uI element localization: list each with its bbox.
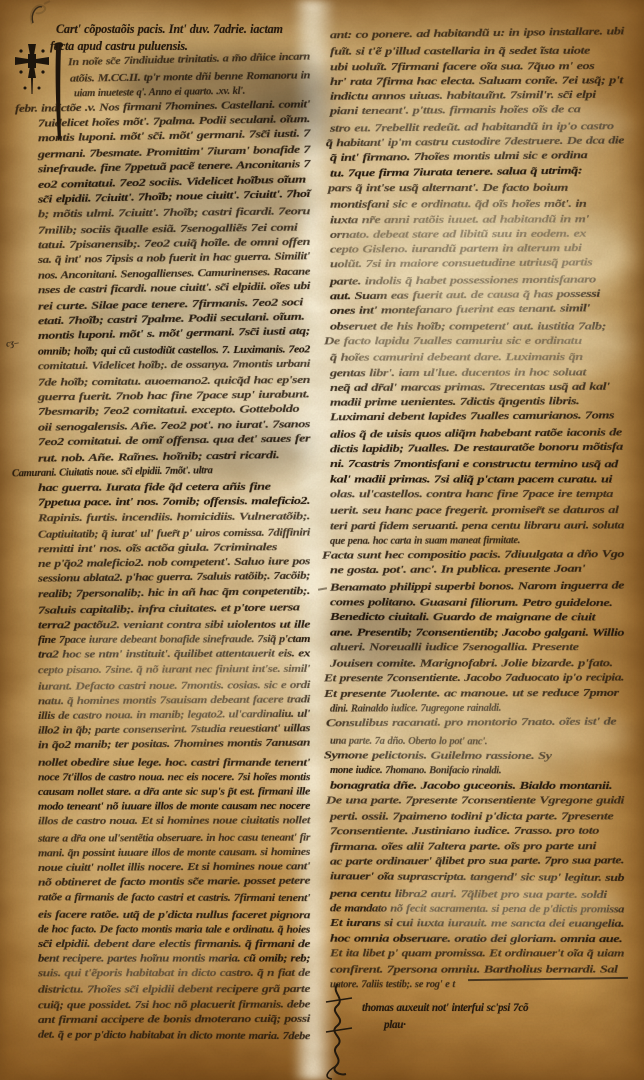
manuscript-line: bent recipere. partes hoĩnu montis maria… bbox=[38, 949, 310, 964]
manuscript-line-text: ac parte ordinauer' q̃libet pro sua part… bbox=[330, 853, 624, 869]
manuscript-line-text: iuxta nr̃e anni ratõis iuuet. ad habitan… bbox=[330, 212, 589, 228]
manuscript-line: una parte. 7a dño. Oberto lo pot' anc'. bbox=[330, 730, 624, 745]
charter-heading: Cart' cõpostaõis pacis. Int' duv. 7adrie… bbox=[38, 20, 310, 53]
manuscript-line: cepto pisano. 7sine. q̃ nõ iurant nec fi… bbox=[38, 661, 310, 676]
manuscript-line-text: Symone pelictonis. Guilelmo rassione. Sy bbox=[324, 748, 552, 764]
manuscript-line: Et ita libet p' quam promissa. Et ordina… bbox=[330, 944, 624, 959]
manuscript-line-text: pars q̃ int'se usq̃ alternant'. De facto… bbox=[328, 181, 568, 197]
manuscript-line: dini. Rainaldo iudice. 7ugregone rainald… bbox=[330, 699, 624, 714]
manuscript-line: illis de castro noua. in manib; legato2.… bbox=[38, 706, 310, 721]
manuscript-line: suis. qui t'ẽporis habitabat in dicto ca… bbox=[38, 964, 310, 979]
manuscript-line: 7de hoĩb; comitatu. auoemano2. quicq̃d h… bbox=[38, 372, 310, 387]
manuscript-line-text: Consulibus racanati. pro montorio 7nato.… bbox=[326, 715, 616, 732]
manuscript-line-text: de hoc facto. De facto montis maria tale… bbox=[38, 922, 310, 937]
manuscript-line: nos. Anconitani. Senogallienses. Camurin… bbox=[38, 266, 310, 281]
manuscript-line: in q̃o2 manib; ter positas. 7homines mon… bbox=[38, 736, 310, 751]
manuscript-line: mone iudice. 7homano. Bonifacio rinaldi. bbox=[330, 760, 624, 775]
manuscript-line-text: De facto lapidu 7ualles camuriu sic e or… bbox=[324, 334, 582, 349]
heading-text: Cart' cõpostaõis pacis. Int' duv. 7adrie… bbox=[56, 22, 283, 37]
manuscript-line: rut. nob. Añe. Raĩnes. hoĩnib; castri ri… bbox=[38, 448, 310, 463]
manuscript-line: Jouisen comite. Marignofabri. Jolie biza… bbox=[330, 653, 624, 668]
manuscript-line-text: una parte. 7a dño. Oberto lo pot' anc'. bbox=[330, 733, 487, 749]
manuscript-line-text: nõ obtineret de facto montis sc̃e marie.… bbox=[38, 874, 310, 891]
manuscript-line: q̃ int' firmano. 7hoĩes montis ulmi sic … bbox=[330, 148, 624, 163]
manuscript-line: Luximani debent lapides 7ualles camurian… bbox=[330, 408, 624, 423]
manuscript-line: sessionu ablata2. p'hac guerra. 7saluis … bbox=[38, 569, 310, 584]
manuscript-line-text: montisfani sic e ordinatu. q̃d oĩs hoĩes… bbox=[330, 197, 586, 213]
manuscript-line: tatui. 7pisanensib;. 7eo2 cuiq̃ hoĩle. d… bbox=[38, 235, 310, 250]
manuscript-line: febr. indictõe .v. Nos firmani 7homines.… bbox=[15, 99, 310, 114]
manuscript-line: 7ppetua pace. int' nos. 7omib; offensis.… bbox=[38, 493, 310, 508]
manuscript-line-text: Jouisen comite. Marignofabri. Jolie biza… bbox=[330, 656, 613, 671]
manuscript-line-text: alueri. Noreualli iudice 7senogallia. Pr… bbox=[330, 640, 578, 655]
manuscript-line: 7eo2 comitatui. de omĩ offensa. qua det'… bbox=[38, 433, 310, 448]
manuscript-line: pars q̃ int'se usq̃ alternant'. De facto… bbox=[328, 179, 624, 194]
manuscript-line-text: realib; 7personalib;. hic in añ hac q̃m … bbox=[38, 584, 310, 602]
manuscript-line: bonagratia dñe. Jacobo guceonis. Bialdo … bbox=[330, 776, 624, 791]
manuscript-line: montis luponi. mõt' s. mõt' germani. 7sc… bbox=[38, 326, 310, 341]
manuscript-line-text: teri parti fidem seruanti. pena centu li… bbox=[330, 518, 624, 534]
manuscript-line: causam nollet stare. a dr̃a ante sic sup… bbox=[38, 782, 310, 797]
manuscript-line: Benedicto ciuitali. Guardo de maignane d… bbox=[330, 607, 624, 622]
manuscript-line: noue ciuitt' nollet illis nocere. Et si … bbox=[38, 858, 310, 873]
manuscript-line-text: hoc omnia obseruare. oratio dei gloriam.… bbox=[330, 931, 622, 946]
subscription-text: plau· bbox=[384, 1018, 406, 1033]
manuscript-line-text: 7saluis capitalib;. infra ciuitates. et … bbox=[38, 600, 300, 618]
manuscript-line: Facta sunt hec compositio pacis. 7diuulg… bbox=[322, 546, 624, 561]
manuscript-line: sa. q̃ int' nos 7ipsis a nob fuerit in h… bbox=[38, 250, 310, 265]
right-column: ant: co ponere. ad habitandũ u: in ipso … bbox=[330, 26, 624, 990]
manuscript-line-text: terra2 pactõu2. veniant contra sibi uiol… bbox=[38, 618, 310, 634]
manuscript-line-text: suis. qui t'ẽporis habitabat in dicto ca… bbox=[38, 966, 310, 981]
manuscript-line-text: ant firmani accipere de bonis dmoterano … bbox=[38, 1012, 310, 1028]
manuscript-line-text: piani teneant'. p'ttus. firmanis hoĩes o… bbox=[330, 103, 581, 120]
manuscript-line-text: stare a dr̃a one ul'sentẽtia obseruare. … bbox=[38, 830, 310, 846]
manuscript-line-text: b; mõtis ulmi. 7ciuitt'. 7hoĩb; castri f… bbox=[38, 204, 310, 222]
manuscript-line: tra2 hoc se ntm' instituit'. q̃uilibet a… bbox=[38, 645, 310, 660]
manuscript-line-text: Luximani debent lapides 7ualles camurian… bbox=[330, 409, 614, 426]
manuscript-line-text: que pena. hoc carta in suam maneat firmi… bbox=[330, 533, 520, 549]
manuscript-line: illo2 in q̃b; parte consenserint. 7studi… bbox=[38, 721, 310, 736]
notary-subscription: thomas auxeuit not' interfui sc'psi 7cõ … bbox=[362, 998, 620, 1032]
manuscript-line: Camurani. Ciuitatis noue. sc̃i elpidii. … bbox=[12, 463, 310, 478]
manuscript-line: De una parte. 7presente 7consentiente Vg… bbox=[326, 791, 624, 806]
manuscript-line: natu. q̃ homines montis 7sauisam debeant… bbox=[38, 691, 310, 706]
manuscript-line: atõis. M.CC.II. tp'r monte dñi benne Rom… bbox=[70, 68, 310, 83]
manuscript-line: iurauer' oĩa suprascripta. tangend' sic … bbox=[330, 867, 624, 882]
manuscript-line-text: comitatui. Videlicet hoĩb;. de ossanya. … bbox=[38, 357, 310, 375]
manuscript-line: ane. Presentib; 7consentientib; Jacobo g… bbox=[330, 623, 624, 638]
manuscript-line-text: q̃ hoĩes camurini debeant dare. Luximani… bbox=[330, 350, 583, 366]
manuscript-line-text: uolũt. 7si in maiore consuetudine utrius… bbox=[330, 256, 592, 273]
manuscript-line: sinefraude. fine 7ppetuã pacẽ tenere. An… bbox=[38, 159, 310, 174]
manuscript-line-text: modo teneant' nõ iuuare illos de monte c… bbox=[38, 799, 310, 815]
subscription-line: thomas auxeuit not' interfui sc'psi 7cõ bbox=[362, 998, 620, 1015]
notarial-sign-icon bbox=[322, 982, 356, 1080]
manuscript-line: Captiuitatib; q̃ iurat' ul' fuer̃t p' ui… bbox=[38, 524, 310, 539]
manuscript-line: ones int' montefanaro fuerint eas tenant… bbox=[330, 301, 624, 316]
manuscript-line: districtu. 7hoĩes sc̃i elpidii debent re… bbox=[38, 979, 310, 994]
manuscript-line-text: Rapinis. furtis. incendiis. homicidiis. … bbox=[38, 509, 310, 526]
manuscript-line: dictis lapidib; 7ualles. De restauratõe … bbox=[330, 439, 624, 454]
manuscript-line-text: pena centu libra2 auri. 7q̃libet pro sua… bbox=[330, 886, 607, 902]
subscription-text: thomas auxeuit not' interfui sc'psi 7cõ bbox=[362, 1001, 528, 1016]
manuscript-line: hr' rata 7firma hac electa. Saluam conĩe… bbox=[330, 72, 624, 87]
manuscript-line: nõ obtineret de facto montis sc̃e marie.… bbox=[38, 873, 310, 888]
manuscript-line-text: Et iurans si cui iuxta iurauit. me sanct… bbox=[330, 916, 624, 932]
left-column: Cart' cõpostaõis pacis. Int' duv. 7adrie… bbox=[38, 20, 310, 1040]
manuscript-line: hac guerra. Iurata fide q̃d cetera añis … bbox=[38, 478, 310, 493]
manuscript-line: guerra fuerit. 7nob hac fine 7pace sup' … bbox=[38, 387, 310, 402]
manuscript-line: ornato. debeat stare ad libitũ suu in eo… bbox=[330, 225, 624, 240]
manuscript-line-text: 7consentiente. Justiniano iudice. 7rasso… bbox=[330, 824, 599, 840]
manuscript-line: neq̃ ad dr̃al' marcas primas. 7trecentas… bbox=[330, 378, 624, 393]
margin-mark: cʒ– bbox=[5, 337, 19, 349]
manuscript-line-text: ratõe a firmanis de facto castri et cast… bbox=[38, 891, 310, 907]
manuscript-line-text: Benedicto ciuitali. Guardo de maignane d… bbox=[330, 610, 595, 625]
manuscript-page: cʒ– Cart' cõpostaõis pacis. Int' duv. 7a… bbox=[0, 0, 644, 1080]
manuscript-line-text: kal' madii primas. 7si aliq̃ p'ctam pace… bbox=[330, 472, 612, 487]
manuscript-line: sc̃i elpidii. debent dare electis firman… bbox=[38, 934, 310, 949]
manuscript-line-text: bent recipere. partes hoĩnu montis maria… bbox=[38, 952, 310, 967]
subscription-line: plau· bbox=[384, 1015, 620, 1032]
manuscript-line: uolũt. 7si in maiore consuetudine utrius… bbox=[330, 255, 624, 270]
manuscript-line-text: districtu. 7hoĩes sc̃i elpidii debent re… bbox=[38, 982, 310, 998]
manuscript-line: montis luponi. mõt' sc̃i. mõt' germani. … bbox=[38, 129, 310, 144]
manuscript-line-text: tu. 7que firma 7iurata tenere. salua q̃ … bbox=[330, 163, 582, 181]
manuscript-line: 7milib; sociis q̃ualle esiã. 7senogalliẽ… bbox=[38, 220, 310, 235]
heading-text: facta apud castru puluensis. bbox=[50, 39, 188, 54]
manuscript-line: uerit. seu hanc pace fregerit. promiser̃… bbox=[330, 500, 624, 515]
manuscript-line-text: cuiq̃; que possidet. 7si hoc nõ placueri… bbox=[38, 997, 310, 1013]
manuscript-line: kal' madii primas. 7si aliq̃ p'ctam pace… bbox=[330, 470, 624, 485]
left-column-text: In noĩe sc̃e 7indiuidue trinitatis. a m̃… bbox=[38, 53, 310, 1040]
manuscript-line-text: uatore. 7aliis testib;. se rog' e t bbox=[330, 978, 455, 993]
manuscript-line: Et presente 7uolente. ac manoue. ut se r… bbox=[324, 684, 624, 699]
manuscript-line-text: dini. Rainaldo iudice. 7ugregone rainald… bbox=[330, 701, 501, 717]
manuscript-line: omnib; hoĩb; qui cũ custodiũt castellos.… bbox=[38, 342, 310, 357]
manuscript-line: perti. ossii. 7paimeno todini p'dicta pa… bbox=[330, 806, 624, 821]
manuscript-line-text: ones int' montefanaro fuerint eas tenant… bbox=[330, 302, 590, 320]
manuscript-line: Consulibus racanati. pro montorio 7nato.… bbox=[326, 714, 624, 729]
manuscript-line: olas. ul'castellos. contra hanc fine 7pa… bbox=[330, 485, 624, 500]
manuscript-line: piani teneant'. p'ttus. firmanis hoĩes o… bbox=[330, 102, 624, 117]
manuscript-line: ne gosta. pot'. anc'. In publica. presen… bbox=[330, 561, 624, 576]
manuscript-line-text: sc̃i elpidii. debent dare electis firman… bbox=[38, 937, 310, 952]
manuscript-line-text: Et presente 7uolente. ac manoue. ut se r… bbox=[324, 686, 619, 702]
manuscript-line-text: perti. ossii. 7paimeno todini p'dicta pa… bbox=[330, 810, 613, 825]
manuscript-line: firmana. oĩes alii 7altera parte. oĩs pr… bbox=[330, 837, 624, 852]
margin-dash bbox=[318, 587, 327, 591]
manuscript-line-text: ubi uoluĩt. 7firmani facere oĩa sua. 7q̃… bbox=[330, 59, 594, 75]
manuscript-line-text: cepto pisano. 7sine. q̃ nõ iurant nec fi… bbox=[38, 661, 310, 677]
manuscript-line: modo teneant' nõ iuuare illos de monte c… bbox=[38, 797, 310, 812]
manuscript-line: fuĩt. si t'ẽ p'illud castellaria in q̃ s… bbox=[330, 41, 624, 56]
manuscript-line-text: comes politano. Guasani filiorum. Petro … bbox=[330, 595, 612, 611]
manuscript-line: parte. indolis q̃ habet possessiones mon… bbox=[330, 271, 624, 286]
manuscript-line: remitti int' nos. oĩs actõa giula. 7crim… bbox=[38, 539, 310, 554]
manuscript-line: realib; 7personalib;. hic in añ hac q̃m … bbox=[38, 585, 310, 600]
manuscript-line: Et presente 7consentiente. Jacobo 7aduoc… bbox=[324, 668, 624, 683]
manuscript-line-text: firmana. oĩes alii 7altera parte. oĩs pr… bbox=[330, 839, 596, 855]
manuscript-line-text: Camurani. Ciuitatis noue. sc̃i elpidii. … bbox=[12, 463, 213, 481]
manuscript-line: comitatui. Videlicet hoĩb;. de ossanya. … bbox=[38, 357, 310, 372]
manuscript-line: ni. 7castris 7montisfani e constructu te… bbox=[330, 454, 624, 469]
manuscript-line: q̃ habitant' ip'm castru custodire 7dest… bbox=[326, 133, 624, 148]
manuscript-line: ant firmani accipere de bonis dmoterano … bbox=[38, 1010, 310, 1025]
manuscript-line: ant: co ponere. ad habitandũ u: in ipso … bbox=[330, 26, 624, 41]
manuscript-line: sc̃i elpidii. 7ciuitt'. 7hoĩb; noue ciui… bbox=[38, 190, 310, 205]
manuscript-line-text: dictis lapidib; 7ualles. De restauratõe … bbox=[330, 440, 623, 458]
manuscript-line-text: ane. Presentib; 7consentientib; Jacobo g… bbox=[330, 625, 624, 640]
manuscript-line: rei curte. Silae pace tenere. 7firmanis.… bbox=[38, 296, 310, 311]
manuscript-line: oii senogalensis. Añe. 7eo2 pot'. no iur… bbox=[38, 418, 310, 433]
manuscript-line: ne p'q̃o2 maleficio2. nob competent'. Sa… bbox=[38, 554, 310, 569]
manuscript-line: stare a dr̃a one ul'sentẽtia obseruare. … bbox=[38, 828, 310, 843]
manuscript-line-text: bonagratia dñe. Jacobo guceonis. Bialdo … bbox=[330, 778, 612, 793]
manuscript-line-text: gentas libr'. iam ul'lue. ducentos in ho… bbox=[330, 365, 586, 381]
heading-line: Cart' cõpostaõis pacis. Int' duv. 7adrie… bbox=[56, 20, 310, 37]
manuscript-line: uiam inueteste q'. Anno ei quarto. .xv. … bbox=[74, 83, 310, 98]
manuscript-line: De facto lapidu 7ualles camuriu sic e or… bbox=[324, 332, 624, 347]
manuscript-line: montisfani sic e ordinatu. q̃d oĩs hoĩes… bbox=[330, 194, 624, 209]
manuscript-line: illos de castro noua. Et si homines noue… bbox=[38, 812, 310, 827]
manuscript-line-text: iurauer' oĩa suprascripta. tangend' sic … bbox=[330, 870, 624, 887]
manuscript-line-text: tra2 hoc se ntm' instituit'. q̃uilibet a… bbox=[38, 647, 310, 663]
manuscript-line-text: olas. ul'castellos. contra hanc fine 7pa… bbox=[330, 487, 613, 502]
manuscript-line-text: ne gosta. pot'. anc'. In publica. presen… bbox=[330, 562, 585, 579]
manuscript-line: aut. Suam eas fuerit aut. de causa q̃ ha… bbox=[330, 286, 624, 301]
manuscript-line: q̃ hoĩes camurini debeant dare. Luximani… bbox=[330, 347, 624, 362]
manuscript-line-text: De una parte. 7presente 7consentiente Vg… bbox=[326, 793, 624, 808]
manuscript-line-text: fuĩt. si t'ẽ p'illud castellaria in q̃ s… bbox=[330, 44, 590, 60]
manuscript-line: b; mõtis ulmi. 7ciuitt'. 7hoĩb; castri f… bbox=[38, 205, 310, 220]
manuscript-line-text: det. q̃ e por p'dicto habitabat in dicto… bbox=[38, 1028, 310, 1045]
manuscript-line: 7besmarib; 7eo2 comitatui. excepto. Gott… bbox=[38, 402, 310, 417]
manuscript-line: alios q̃ de uisis quos aliq̃m habebant r… bbox=[330, 424, 624, 439]
manuscript-line-text: noce 7t'illos de castro noua. nec eis no… bbox=[38, 770, 310, 785]
manuscript-line: madii prime uenientes. 7dictis q̃ngentis… bbox=[330, 393, 624, 408]
manuscript-line-text: causam nollet stare. a dr̃a ante sic sup… bbox=[38, 785, 310, 800]
manuscript-line: tu. 7que firma 7iurata tenere. salua q̃ … bbox=[330, 164, 624, 179]
manuscript-line-text: nollet obedire siue lege. hoc. castri fi… bbox=[38, 755, 310, 770]
manuscript-line-text: mone iudice. 7homano. Bonifacio rinaldi. bbox=[330, 763, 501, 778]
manuscript-line-text: confirent. 7persona omniu. Bartholius be… bbox=[330, 963, 618, 978]
manuscript-line: ratõe a firmanis de facto castri et cast… bbox=[38, 888, 310, 903]
manuscript-line: ac parte ordinauer' q̃libet pro sua part… bbox=[330, 852, 624, 867]
manuscript-line-text: obseruet de his hoĩb; competent' aut. iu… bbox=[330, 319, 606, 334]
manuscript-line-text: uerit. seu hanc pace fregerit. promiser̃… bbox=[330, 503, 618, 519]
manuscript-line: 7consentiente. Justiniano iudice. 7rasso… bbox=[330, 821, 624, 836]
manuscript-line: nollet obedire siue lege. hoc. castri fi… bbox=[38, 752, 310, 767]
manuscript-line-text: de mandato nõ fecit sacramenta. si pena … bbox=[330, 901, 624, 917]
manuscript-line-text: Et ita libet p' quam promissa. Et ordina… bbox=[330, 946, 624, 961]
manuscript-line: cepto Gisleno. iurandũ partem in alterum… bbox=[330, 240, 624, 255]
manuscript-line: Rapinis. furtis. incendiis. homicidiis. … bbox=[38, 509, 310, 524]
manuscript-line: indictu annos uiuas. habitauĩnt. 7simil'… bbox=[330, 87, 624, 102]
manuscript-line-text: 7ppetua pace. int' nos. 7omib; offensis.… bbox=[38, 494, 310, 511]
manuscript-line: obseruet de his hoĩb; competent' aut. iu… bbox=[330, 317, 624, 332]
manuscript-line-text: Et presente 7consentiente. Jacobo 7aduoc… bbox=[324, 671, 624, 687]
manuscript-line-text: eis facere ratõe. utq̃ de p'dicta nullus… bbox=[38, 907, 310, 923]
manuscript-line: 7saluis capitalib;. infra ciuitates. et … bbox=[38, 600, 310, 615]
manuscript-line: nses de castri ficardi. noue ciuitt'. sc… bbox=[38, 281, 310, 296]
manuscript-line: stro eu. 7rebellit redeũt. ad habitandũ … bbox=[330, 118, 624, 133]
manuscript-line-text: Benamato philippi superbi bonos. Narom i… bbox=[330, 578, 624, 595]
manuscript-line: fine 7pace iurare debeant bonafide sinef… bbox=[38, 630, 310, 645]
manuscript-line-text: ni. 7castris 7montisfani e constructu te… bbox=[330, 457, 618, 472]
manuscript-line: In noĩe sc̃e 7indiuidue trinitatis. a m̃… bbox=[68, 53, 310, 68]
manuscript-line-text: illos de castro noua. Et si homines noue… bbox=[38, 814, 310, 830]
manuscript-line: Benamato philippi superbi bonos. Narom i… bbox=[330, 577, 624, 592]
